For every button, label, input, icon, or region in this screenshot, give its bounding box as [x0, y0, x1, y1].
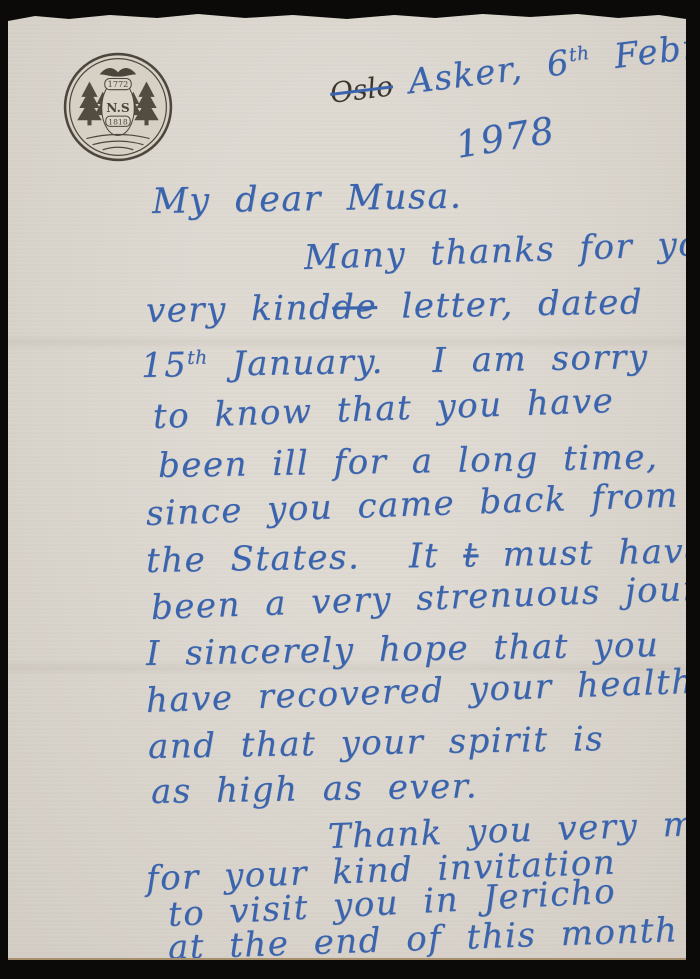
handwritten-line: to know that you have [152, 381, 615, 437]
handwritten-line: as high as ever. [151, 766, 479, 812]
date-line: OsloAsker, 6th February [328, 17, 686, 112]
handwritten-line: 15th January. I am sorry [141, 337, 649, 386]
letter-photo: 1772 N.S 1818 OsloAsker, 6th February 19… [0, 0, 700, 979]
line-text: 15 [141, 345, 188, 386]
ordinal-suffix: th [187, 348, 208, 369]
date-year: 1978 [453, 109, 559, 167]
seal-year-top: 1772 [108, 79, 129, 89]
seal-year-bottom: 1818 [108, 117, 128, 126]
date-place: Asker, 6 [406, 43, 572, 103]
line-text: must have [478, 531, 686, 575]
date-month: February [588, 17, 686, 80]
salutation: My dear Musa. [152, 177, 463, 222]
line-text: very kind [146, 288, 333, 331]
line-text: letter, dated [377, 282, 644, 327]
struck-correction: de [332, 287, 378, 328]
line-text: January. I am sorry [207, 337, 648, 385]
printed-letterhead-city-struck: Oslo [328, 69, 395, 109]
struck-correction: t [463, 535, 479, 575]
date-day-suffix: th [568, 43, 591, 66]
seal-monogram: N.S [106, 101, 130, 115]
line-text: the States. It [146, 535, 464, 581]
handwritten-line: and that your spirit is [148, 719, 605, 767]
handwritten-line: Many thanks for your [303, 223, 686, 278]
society-seal-icon: 1772 N.S 1818 [62, 51, 174, 163]
letter-paper: 1772 N.S 1818 OsloAsker, 6th February 19… [8, 12, 686, 960]
handwritten-line: very kindde letter, dated [146, 282, 644, 331]
